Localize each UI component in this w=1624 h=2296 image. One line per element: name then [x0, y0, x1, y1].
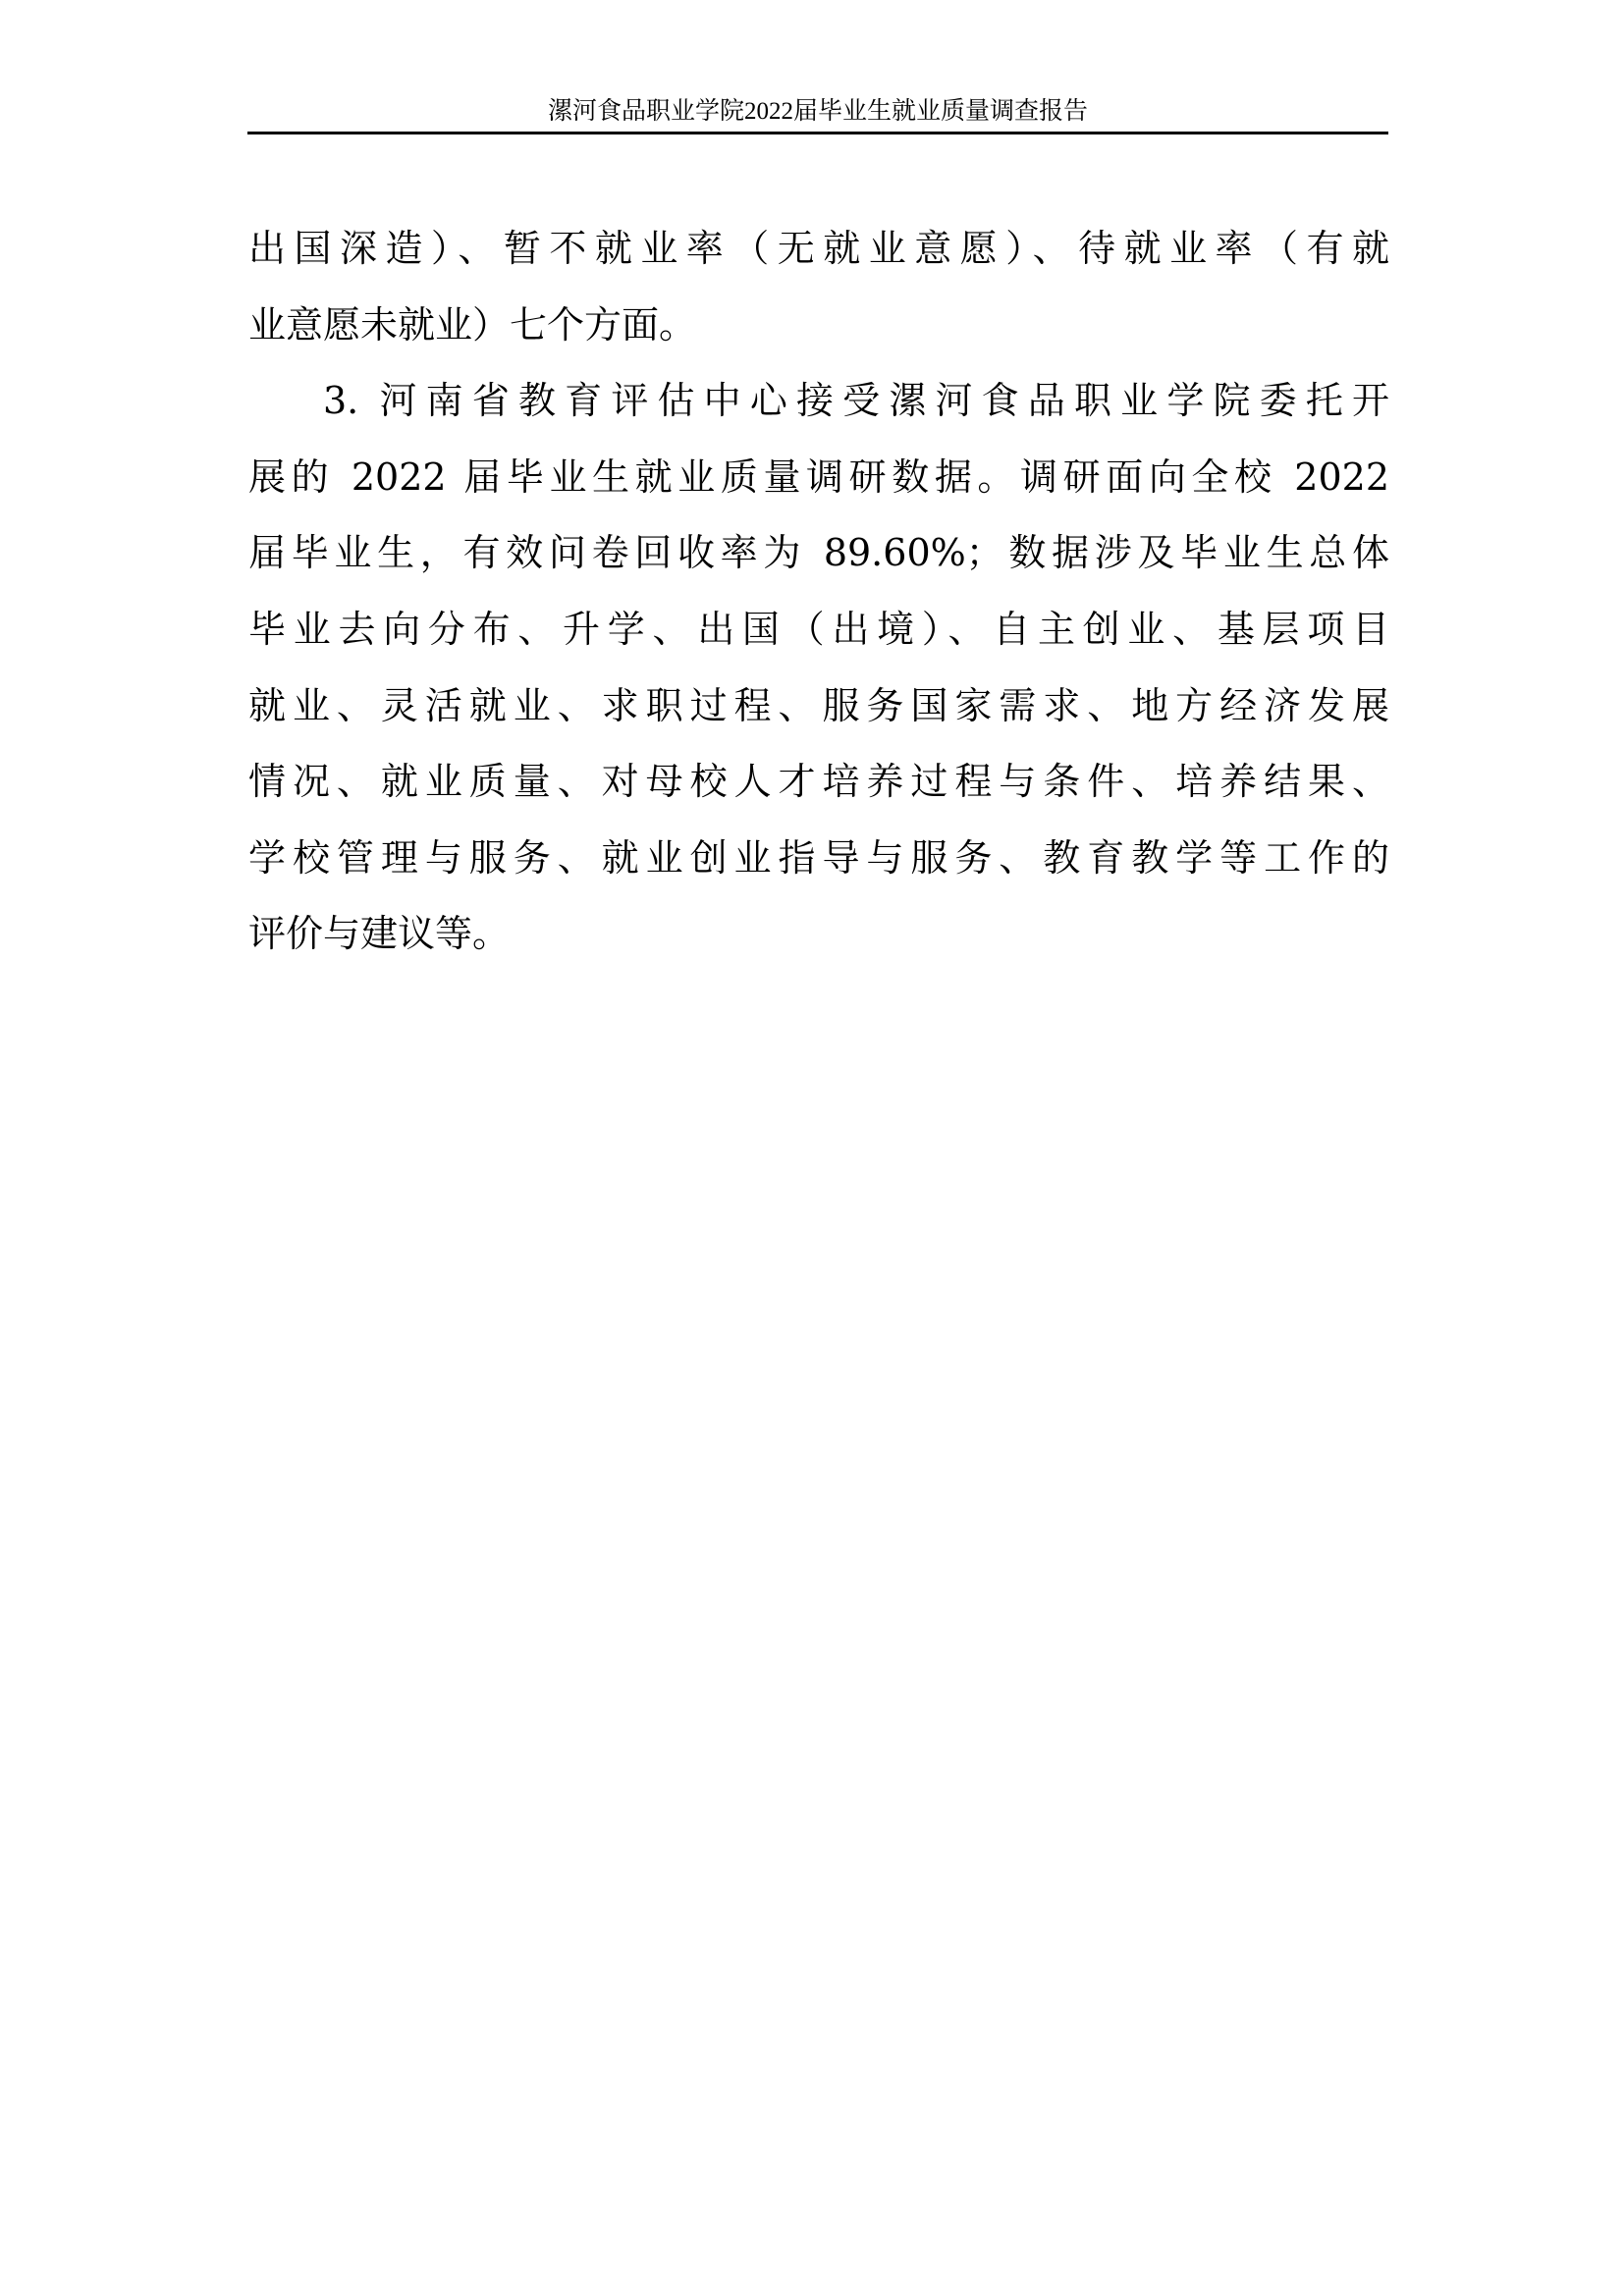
- text-line: 评价与建议等。: [248, 896, 1389, 973]
- header-rule: [247, 132, 1388, 134]
- text-line: 学校管理与服务、就业创业指导与服务、教育教学等工作的: [248, 821, 1389, 897]
- text-line: 毕业去向分布、升学、出国（出境）、自主创业、基层项目: [248, 592, 1389, 668]
- text-line: 出国深造）、暂不就业率（无就业意愿）、待就业率（有就: [248, 211, 1389, 288]
- paragraph-continuation: 出国深造）、暂不就业率（无就业意愿）、待就业率（有就 业意愿未就业）七个方面。: [248, 211, 1389, 363]
- text-line: 3. 河南省教育评估中心接受漯河食品职业学院委托开: [248, 363, 1389, 440]
- text-line: 届毕业生，有效问卷回收率为 89.60%；数据涉及毕业生总体: [248, 515, 1389, 592]
- text-line: 业意愿未就业）七个方面。: [248, 288, 1389, 364]
- page-header: 漯河食品职业学院2022届毕业生就业质量调查报告: [247, 94, 1388, 130]
- text-line: 情况、就业质量、对母校人才培养过程与条件、培养结果、: [248, 744, 1389, 821]
- text-line: 展的 2022 届毕业生就业质量调研数据。调研面向全校 2022: [248, 440, 1389, 516]
- text-line: 就业、灵活就业、求职过程、服务国家需求、地方经济发展: [248, 668, 1389, 745]
- document-body: 出国深造）、暂不就业率（无就业意愿）、待就业率（有就 业意愿未就业）七个方面。 …: [248, 211, 1389, 973]
- paragraph-item-3: 3. 河南省教育评估中心接受漯河食品职业学院委托开 展的 2022 届毕业生就业…: [248, 363, 1389, 973]
